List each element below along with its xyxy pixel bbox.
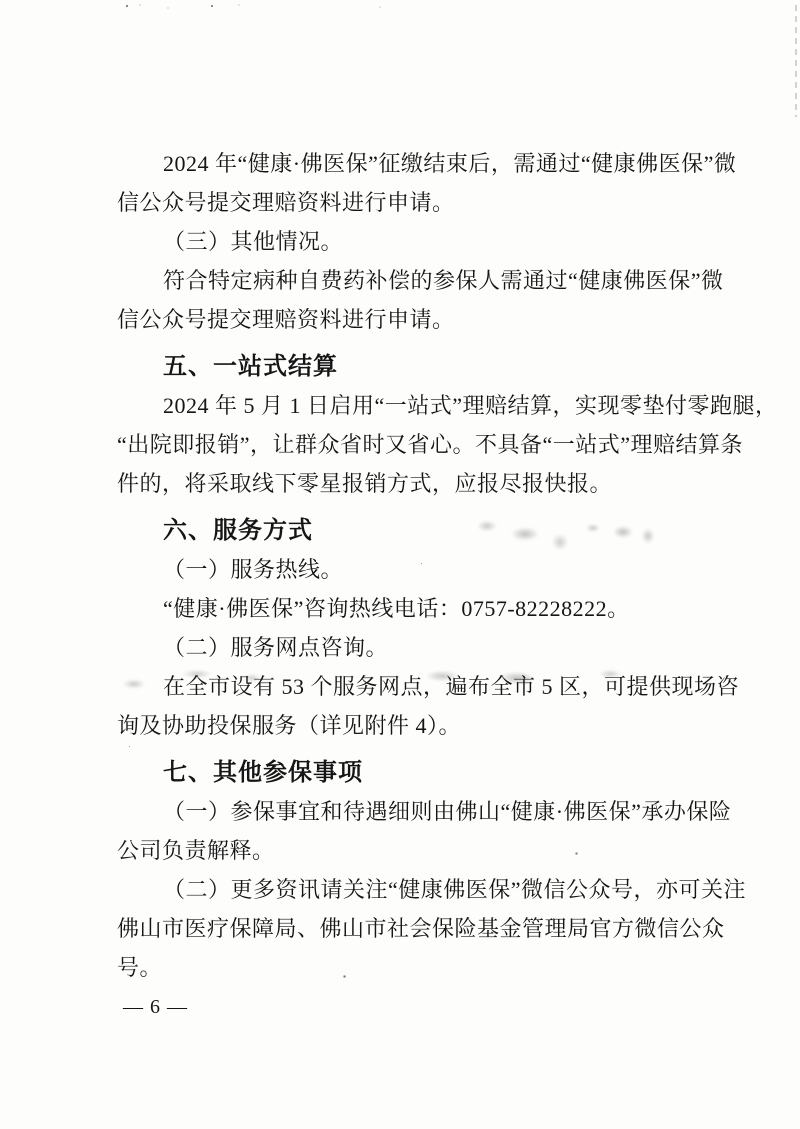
text-line: 符合特定病种自费药补偿的参保人需通过“健康佛医保”微 <box>117 261 713 300</box>
text-line: 2024 年“健康·佛医保”征缴结束后，需通过“健康佛医保”微 <box>117 144 713 183</box>
scanned-document-page: 2024 年“健康·佛医保”征缴结束后，需通过“健康佛医保”微信公众号提交理赔资… <box>0 0 800 1129</box>
text-line: （一）服务热线。 <box>117 550 713 589</box>
text-line: 2024 年 5 月 1 日启用“一站式”理赔结算，实现零垫付零跑腿， <box>117 386 713 425</box>
text-line: （一）参保事宜和待遇细则由佛山“健康·佛医保”承办保险 <box>117 792 713 831</box>
text-line: 佛山市医疗保障局、佛山市社会保险基金管理局官方微信公众 <box>117 909 713 948</box>
section-heading: 六、服务方式 <box>117 511 713 550</box>
text-line: 信公众号提交理赔资料进行申请。 <box>117 300 713 339</box>
text-line: 信公众号提交理赔资料进行申请。 <box>117 183 713 222</box>
text-line: “健康·佛医保”咨询热线电话：0757-82228222。 <box>117 589 713 628</box>
section-heading: 七、其他参保事项 <box>117 753 713 792</box>
scan-edge-line <box>795 5 797 117</box>
text-line: 号。 <box>117 948 713 987</box>
text-line: 公司负责解释。 <box>117 831 713 870</box>
text-line: 在全市设有 53 个服务网点，遍布全市 5 区，可提供现场咨 <box>117 667 713 706</box>
text-line: （三）其他情况。 <box>117 222 713 261</box>
page-number: — 6 — <box>117 994 713 1021</box>
scan-specks-dots <box>0 0 3 3</box>
section-heading: 五、一站式结算 <box>117 347 713 386</box>
scan-specks-top <box>0 0 4 4</box>
text-line: 询及协助投保服务（详见附件 4）。 <box>117 706 713 745</box>
text-line: （二）更多资讯请关注“健康佛医保”微信公众号，亦可关注 <box>117 870 713 909</box>
text-line: 件的，将采取线下零星报销方式，应报尽报快报。 <box>117 464 713 503</box>
text-line: “出院即报销”，让群众省时又省心。不具备“一站式”理赔结算条 <box>117 425 713 464</box>
document-text-block: 2024 年“健康·佛医保”征缴结束后，需通过“健康佛医保”微信公众号提交理赔资… <box>117 144 713 1021</box>
text-line: （二）服务网点咨询。 <box>117 628 713 667</box>
